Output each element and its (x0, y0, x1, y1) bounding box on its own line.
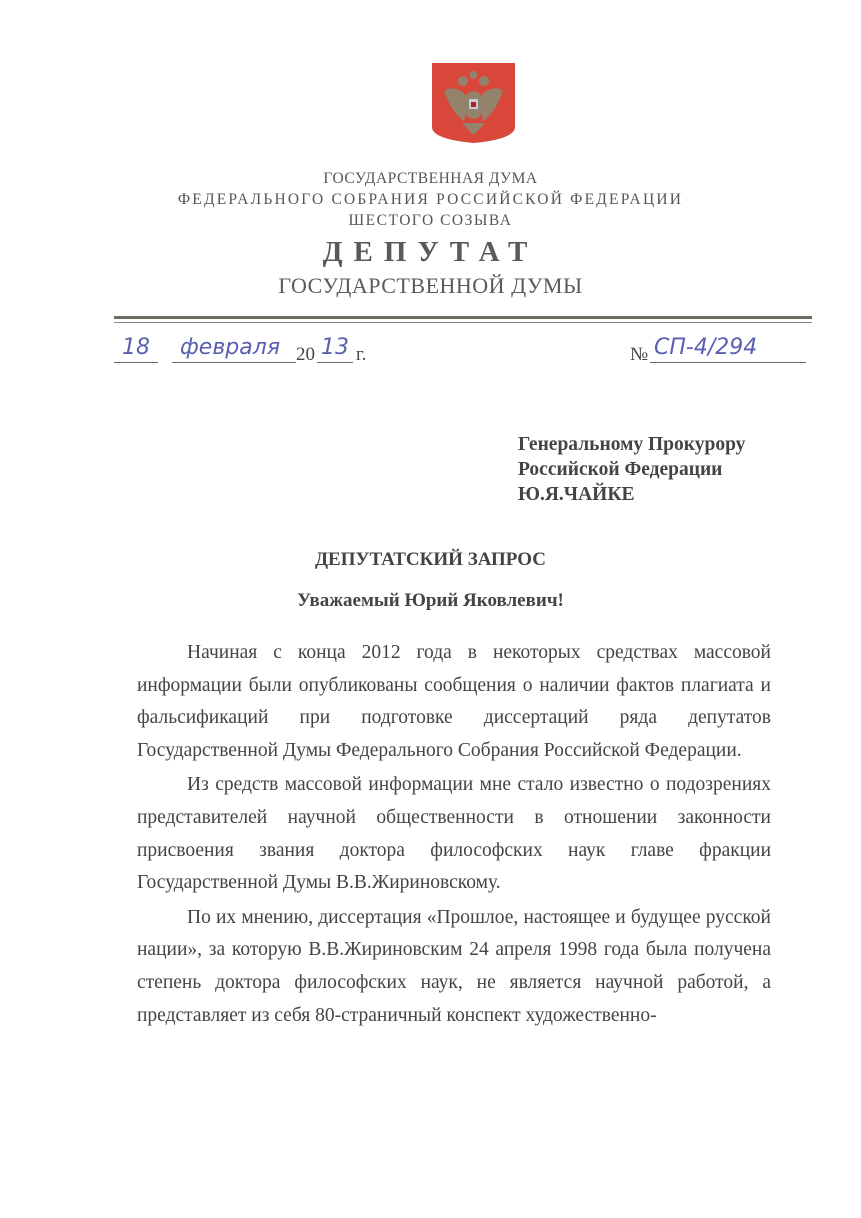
date-year-field: 13 (317, 330, 353, 363)
header-line-3: ШЕСТОГО СОЗЫВА (0, 212, 861, 230)
header-line-2: ФЕДЕРАЛЬНОГО СОБРАНИЯ РОССИЙСКОЙ ФЕДЕРАЦ… (0, 191, 861, 209)
date-year-prefix: 20 (296, 344, 315, 366)
greeting: Уважаемый Юрий Яковлевич! (0, 590, 861, 612)
addressee-line-3: Ю.Я.ЧАЙКЕ (518, 482, 745, 507)
letter-body: Начиная с конца 2012 года в некоторых ср… (137, 637, 771, 1032)
document-number: СП-4/294 (654, 335, 757, 360)
date-number-row: 18 февраля 20 13 г. № СП-4/294 (114, 330, 812, 370)
date-day-field: 18 (114, 330, 158, 363)
paragraph-3: По их мнению, диссертация «Прошлое, наст… (137, 902, 771, 1032)
paragraph-2: Из средств массовой информации мне стало… (137, 769, 771, 899)
header-line-1: ГОСУДАРСТВЕННАЯ ДУМА (0, 170, 861, 188)
paragraph-1: Начиная с конца 2012 года в некоторых ср… (137, 637, 771, 767)
date-month: февраля (180, 335, 280, 360)
coat-of-arms-icon (430, 61, 517, 145)
document-title: ДЕПУТАТСКИЙ ЗАПРОС (0, 549, 861, 571)
document-number-field: СП-4/294 (650, 330, 806, 363)
number-label: № (630, 344, 648, 366)
date-month-field: февраля (172, 330, 296, 363)
addressee-line-1: Генеральному Прокурору (518, 432, 745, 457)
header-subtitle: ГОСУДАРСТВЕННОЙ ДУМЫ (0, 273, 861, 299)
date-day: 18 (122, 335, 150, 360)
date-year-suffix: 13 (321, 335, 349, 360)
date-year-label: г. (356, 344, 366, 366)
header-divider-thin (114, 322, 812, 323)
addressee-block: Генеральному Прокурору Российской Федера… (518, 432, 745, 507)
addressee-line-2: Российской Федерации (518, 457, 745, 482)
header-divider-thick (114, 316, 812, 319)
header-title: ДЕПУТАТ (0, 236, 861, 269)
